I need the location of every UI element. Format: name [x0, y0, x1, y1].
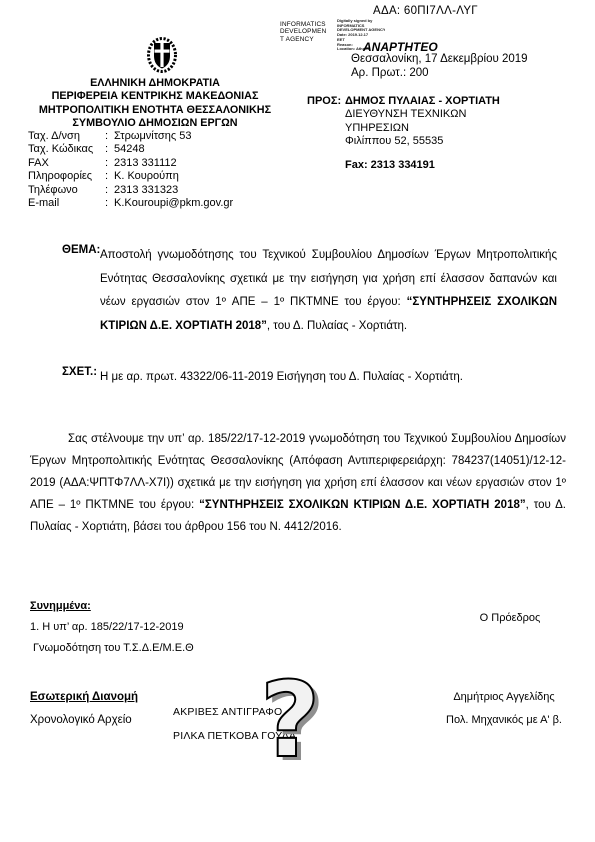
- attachment-item: 1. Η υπ’ αρ. 185/22/17-12-2019: [30, 617, 194, 638]
- question-mark-placeholder-icon: ? ?: [249, 664, 339, 779]
- subject-label: ΘΕΜΑ:: [62, 244, 100, 256]
- president-label: Ο Πρόεδρος: [430, 612, 590, 624]
- body-project-title: “ΣΥΝΤΗΡΗΣΕΙΣ ΣΧΟΛΙΚΩΝ ΚΤΙΡΙΩΝ Δ.Ε. ΧΟΡΤΙ…: [199, 499, 525, 511]
- contact-value: 54248: [114, 143, 145, 156]
- ada-code: ΑΔΑ: 60ΠΙ7ΛΛ-ΛΥΓ: [373, 5, 478, 17]
- reference-text: Η με αρ. πρωτ. 43322/06-11-2019 Εισήγηση…: [100, 366, 557, 390]
- letterhead-line: ΜΗΤΡΟΠΟΛΙΤΙΚΗ ΕΝΟΤΗΤΑ ΘΕΣΣΑΛΟΝΙΚΗΣ: [10, 104, 300, 117]
- signer-name: Δημήτριος Αγγελίδης: [420, 686, 588, 709]
- contact-row: FAX : 2313 331112: [28, 157, 233, 170]
- attachment-item: Γνωμοδότηση του Τ.Σ.Δ.Ε/Μ.Ε.Θ: [30, 638, 194, 659]
- contact-label: Τηλέφωνο: [28, 184, 105, 197]
- recipient-fax: Fax: 2313 334191: [345, 159, 500, 172]
- letterhead-line: ΣΥΜΒΟΥΛΙΟ ΔΗΜΟΣΙΩΝ ΕΡΓΩΝ: [10, 117, 300, 130]
- internal-distribution-item: Χρονολογικό Αρχείο: [30, 709, 138, 732]
- attachments-section: Συνημμένα: 1. Η υπ’ αρ. 185/22/17-12-201…: [30, 596, 194, 659]
- anartiteo-label: ΑΝΑΡΤΗΤΕΟ: [363, 40, 438, 54]
- contact-separator: :: [105, 157, 114, 170]
- reference-section: ΣΧΕΤ.: Η με αρ. πρωτ. 43322/06-11-2019 Ε…: [62, 366, 557, 390]
- recipient-label: ΠΡΟΣ:: [307, 95, 345, 172]
- letterhead-line: ΕΛΛΗΝΙΚΗ ΔΗΜΟΚΡΑΤΙΑ: [10, 77, 300, 90]
- contact-separator: :: [105, 197, 114, 210]
- protocol-number-line: Αρ. Πρωτ.: 200: [351, 67, 429, 79]
- contact-label: Ταχ. Δ/νση: [28, 130, 105, 143]
- greek-coat-of-arms-icon: [143, 34, 181, 81]
- internal-distribution-heading: Εσωτερική Διανομή: [30, 686, 138, 709]
- contact-row: Ταχ. Κώδικας : 54248: [28, 143, 233, 156]
- contact-value: Στρωμνίτσης 53: [114, 130, 191, 143]
- contact-row: Τηλέφωνο : 2313 331323: [28, 184, 233, 197]
- attachments-heading: Συνημμένα:: [30, 596, 194, 617]
- contact-row: E-mail : K.Kouroupi@pkm.gov.gr: [28, 197, 233, 210]
- question-mark-glyph: ?: [260, 664, 320, 776]
- reference-label: ΣΧΕΤ.:: [62, 366, 97, 378]
- recipient-line: Φιλίππου 52, 55535: [345, 135, 500, 148]
- recipient-line: ΔΙΕΥΘΥΝΣΗ ΤΕΧΝΙΚΩΝ: [345, 108, 500, 121]
- document-page: { "header": { "ada": "ΑΔΑ: 60ΠΙ7ΛΛ-ΛΥΓ",…: [0, 0, 595, 842]
- subject-text-part: , του Δ. Πυλαίας - Χορτιάτη.: [267, 320, 407, 332]
- contact-value: Κ. Κουρούπη: [114, 170, 179, 183]
- recipient-name: ΔΗΜΟΣ ΠΥΛΑΙΑΣ - ΧΟΡΤΙΑΤΗ: [345, 95, 500, 108]
- stamp-agency-line: INFORMATICS: [280, 21, 326, 28]
- contact-details: Ταχ. Δ/νση : Στρωμνίτσης 53 Ταχ. Κώδικας…: [28, 130, 233, 210]
- contact-label: E-mail: [28, 197, 105, 210]
- contact-row: Ταχ. Δ/νση : Στρωμνίτσης 53: [28, 130, 233, 143]
- contact-label: Πληροφορίες: [28, 170, 105, 183]
- contact-value: 2313 331112: [114, 157, 177, 170]
- recipient-address: ΔΗΜΟΣ ΠΥΛΑΙΑΣ - ΧΟΡΤΙΑΤΗ ΔΙΕΥΘΥΝΣΗ ΤΕΧΝΙ…: [345, 95, 500, 172]
- subject-text: Αποστολή γνωμοδότησης του Τεχνικού Συμβο…: [100, 244, 557, 338]
- digital-signature-stamp: INFORMATICS DEVELOPMEN T AGENCY: [280, 21, 326, 43]
- internal-distribution-section: Εσωτερική Διανομή Χρονολογικό Αρχείο: [30, 686, 138, 732]
- stamp-agency-line: DEVELOPMEN: [280, 28, 326, 35]
- recipient-line: ΥΠΗΡΕΣΙΩΝ: [345, 122, 500, 135]
- contact-separator: :: [105, 143, 114, 156]
- recipient-block: ΠΡΟΣ: ΔΗΜΟΣ ΠΥΛΑΙΑΣ - ΧΟΡΤΙΑΤΗ ΔΙΕΥΘΥΝΣΗ…: [307, 95, 500, 172]
- city-date-line: Θεσσαλονίκη, 17 Δεκεμβρίου 2019: [351, 53, 528, 65]
- signer-title: Πολ. Μηχανικός με Α' β.: [420, 709, 588, 732]
- contact-separator: :: [105, 130, 114, 143]
- contact-value: 2313 331323: [114, 184, 178, 197]
- subject-section: ΘΕΜΑ: Αποστολή γνωμοδότησης του Τεχνικού…: [62, 244, 557, 338]
- contact-separator: :: [105, 184, 114, 197]
- letterhead-line: ΠΕΡΙΦΕΡΕΙΑ ΚΕΝΤΡΙΚΗΣ ΜΑΚΕΔΟΝΙΑΣ: [10, 90, 300, 103]
- letterhead: ΕΛΛΗΝΙΚΗ ΔΗΜΟΚΡΑΤΙΑ ΠΕΡΙΦΕΡΕΙΑ ΚΕΝΤΡΙΚΗΣ…: [10, 77, 300, 131]
- stamp-agency-line: T AGENCY: [280, 36, 326, 43]
- contact-row: Πληροφορίες : Κ. Κουρούπη: [28, 170, 233, 183]
- contact-separator: :: [105, 170, 114, 183]
- contact-label: FAX: [28, 157, 105, 170]
- contact-email-value: K.Kouroupi@pkm.gov.gr: [114, 197, 233, 210]
- contact-label: Ταχ. Κώδικας: [28, 143, 105, 156]
- body-paragraph: Σας στέλνουμε την υπ’ αρ. 185/22/17-12-2…: [30, 428, 566, 538]
- signer-block: Δημήτριος Αγγελίδης Πολ. Μηχανικός με Α'…: [420, 686, 588, 732]
